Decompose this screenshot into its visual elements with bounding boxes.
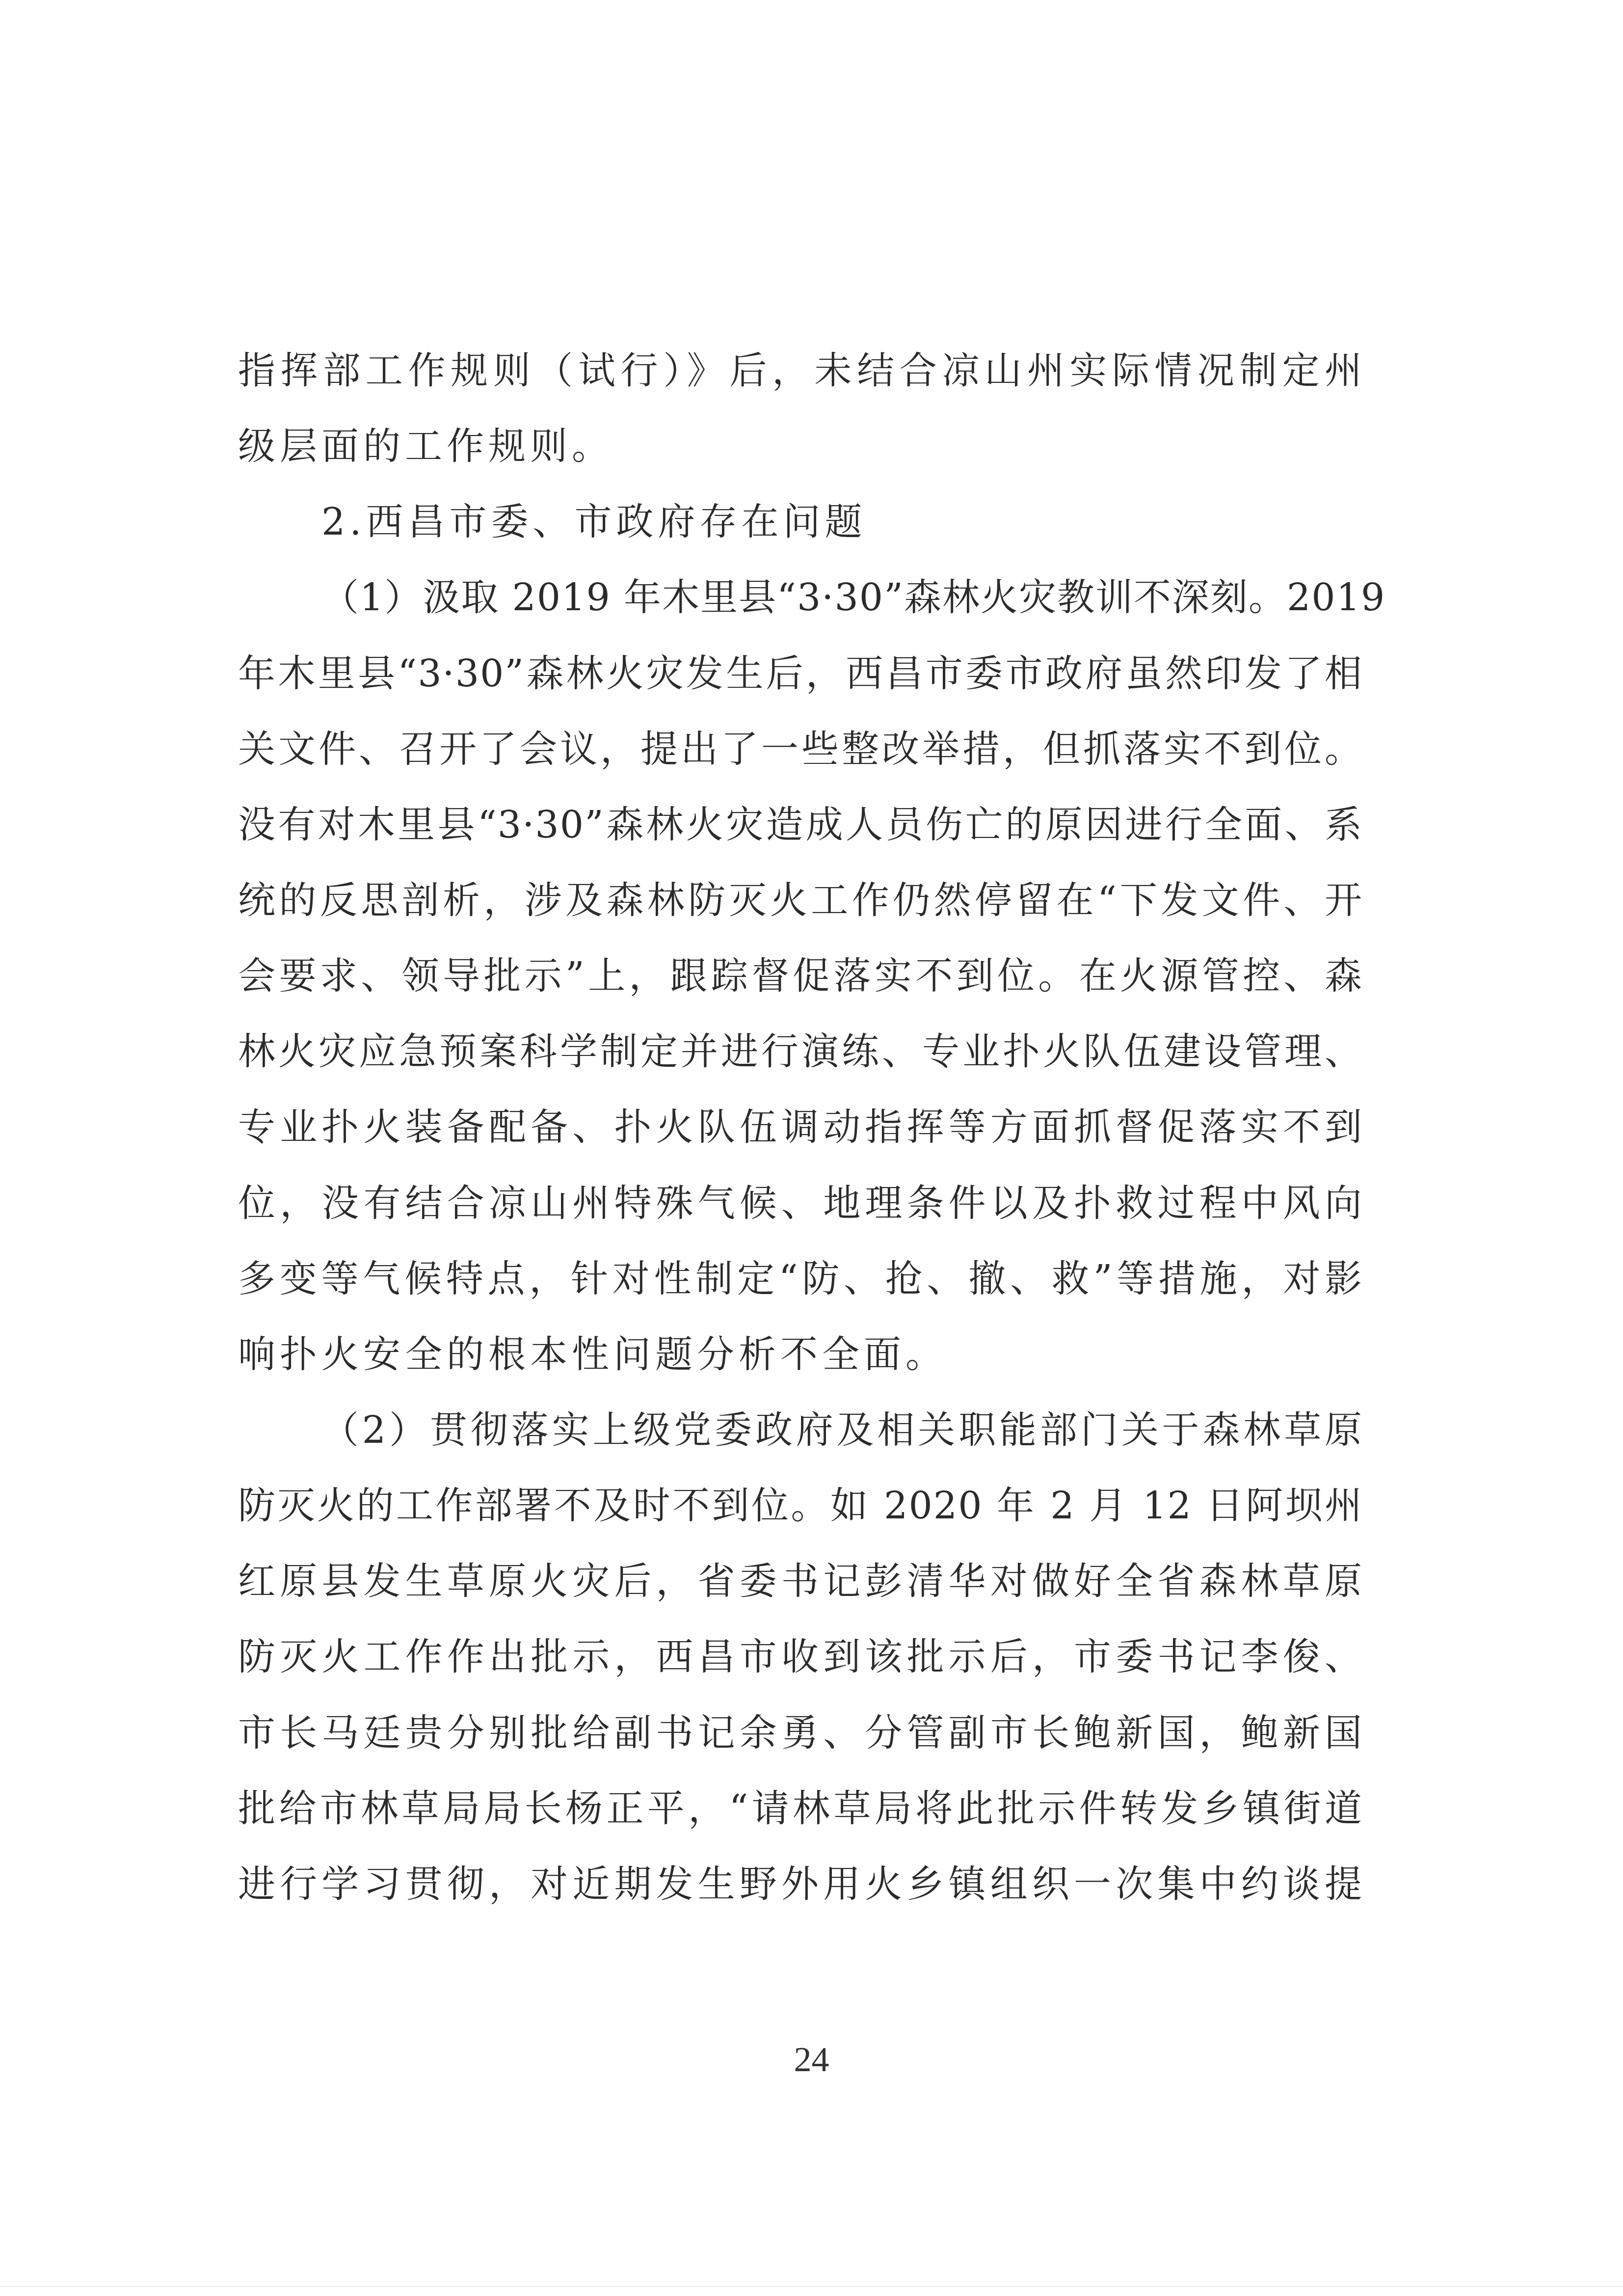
text-line: 关文件、召开了会议，提出了一些整改举措，但抓落实不到位。 (238, 722, 1363, 798)
page-number: 24 (0, 2037, 1623, 2081)
line-text: 关文件、召开了会议，提出了一些整改举措，但抓落实不到位。 (238, 722, 1363, 776)
text-line: 防灭火工作作出批示，西昌市收到该批示后，市委书记李俊、 (238, 1630, 1363, 1705)
line-text: 进行学习贯彻，对近期发生野外用火乡镇组织一次集中约谈提 (238, 1857, 1363, 1911)
text-line: 指挥部工作规则（试行）》后，未结合凉山州实际情况制定州 (238, 344, 1363, 419)
document-page: 指挥部工作规则（试行）》后，未结合凉山州实际情况制定州 级层面的工作规则。 2.… (0, 0, 1623, 2296)
text-line: 会要求、领导批示”上，跟踪督促落实不到位。在火源管控、森 (238, 949, 1363, 1025)
text-line: 红原县发生草原火灾后，省委书记彭清华对做好全省森林草原 (238, 1554, 1363, 1630)
line-text: 响扑火安全的根本性问题分析不全面。 (238, 1327, 1363, 1381)
line-text: （2）贯彻落实上级党委政府及相关职能部门关于森林草原 (238, 1403, 1363, 1457)
line-text: 防灭火工作作出批示，西昌市收到该批示后，市委书记李俊、 (238, 1630, 1363, 1684)
text-line: 进行学习贯彻，对近期发生野外用火乡镇组织一次集中约谈提 (238, 1857, 1363, 1933)
line-text: 专业扑火装备配备、扑火队伍调动指挥等方面抓督促落实不到 (238, 1100, 1363, 1154)
section-heading: 2.西昌市委、市政府存在问题 (238, 495, 1363, 570)
line-text: 市长马廷贵分别批给副书记余勇、分管副市长鲍新国，鲍新国 (238, 1706, 1363, 1760)
text-line: （1）汲取 2019 年木里县“3·30”森林火灾教训不深刻。2019 (238, 570, 1363, 646)
line-text: 年木里县“3·30”森林火灾发生后，西昌市委市政府虽然印发了相 (238, 647, 1363, 701)
text-line: 级层面的工作规则。 (238, 419, 1363, 495)
line-text: 指挥部工作规则（试行）》后，未结合凉山州实际情况制定州 (238, 344, 1363, 398)
line-text: 统的反思剖析，涉及森林防灭火工作仍然停留在“下发文件、开 (238, 873, 1363, 927)
text-line: （2）贯彻落实上级党委政府及相关职能部门关于森林草原 (238, 1403, 1363, 1479)
line-text: 位，没有结合凉山州特殊气候、地理条件以及扑救过程中风向 (238, 1176, 1363, 1230)
text-line: 多变等气候特点，针对性制定“防、抢、撤、救”等措施，对影 (238, 1252, 1363, 1327)
line-text: 没有对木里县“3·30”森林火灾造成人员伤亡的原因进行全面、系 (238, 798, 1363, 852)
text-line: 防灭火的工作部署不及时不到位。如 2020 年 2 月 12 日阿坝州 (238, 1479, 1363, 1554)
text-line: 林火灾应急预案科学制定并进行演练、专业扑火队伍建设管理、 (238, 1025, 1363, 1100)
text-line: 批给市林草局局长杨正平，“请林草局将此批示件转发乡镇街道 (238, 1782, 1363, 1857)
text-line: 响扑火安全的根本性问题分析不全面。 (238, 1327, 1363, 1403)
line-text: 会要求、领导批示”上，跟踪督促落实不到位。在火源管控、森 (238, 949, 1363, 1003)
line-text: 林火灾应急预案科学制定并进行演练、专业扑火队伍建设管理、 (238, 1025, 1363, 1079)
line-text: 级层面的工作规则。 (238, 419, 1363, 473)
line-text: 多变等气候特点，针对性制定“防、抢、撤、救”等措施，对影 (238, 1252, 1363, 1306)
body-text: 指挥部工作规则（试行）》后，未结合凉山州实际情况制定州 级层面的工作规则。 2.… (238, 344, 1363, 1933)
line-text: 红原县发生草原火灾后，省委书记彭清华对做好全省森林草原 (238, 1554, 1363, 1608)
scan-edge-line (0, 2286, 1623, 2287)
section-heading-text: 2.西昌市委、市政府存在问题 (238, 495, 1363, 549)
text-line: 统的反思剖析，涉及森林防灭火工作仍然停留在“下发文件、开 (238, 873, 1363, 949)
line-text: （1）汲取 2019 年木里县“3·30”森林火灾教训不深刻。2019 (238, 570, 1363, 624)
text-line: 没有对木里县“3·30”森林火灾造成人员伤亡的原因进行全面、系 (238, 798, 1363, 873)
line-text: 防灭火的工作部署不及时不到位。如 2020 年 2 月 12 日阿坝州 (238, 1479, 1363, 1533)
text-line: 年木里县“3·30”森林火灾发生后，西昌市委市政府虽然印发了相 (238, 647, 1363, 722)
line-text: 批给市林草局局长杨正平，“请林草局将此批示件转发乡镇街道 (238, 1782, 1363, 1836)
text-line: 市长马廷贵分别批给副书记余勇、分管副市长鲍新国，鲍新国 (238, 1706, 1363, 1782)
text-line: 位，没有结合凉山州特殊气候、地理条件以及扑救过程中风向 (238, 1176, 1363, 1252)
text-line: 专业扑火装备配备、扑火队伍调动指挥等方面抓督促落实不到 (238, 1100, 1363, 1176)
